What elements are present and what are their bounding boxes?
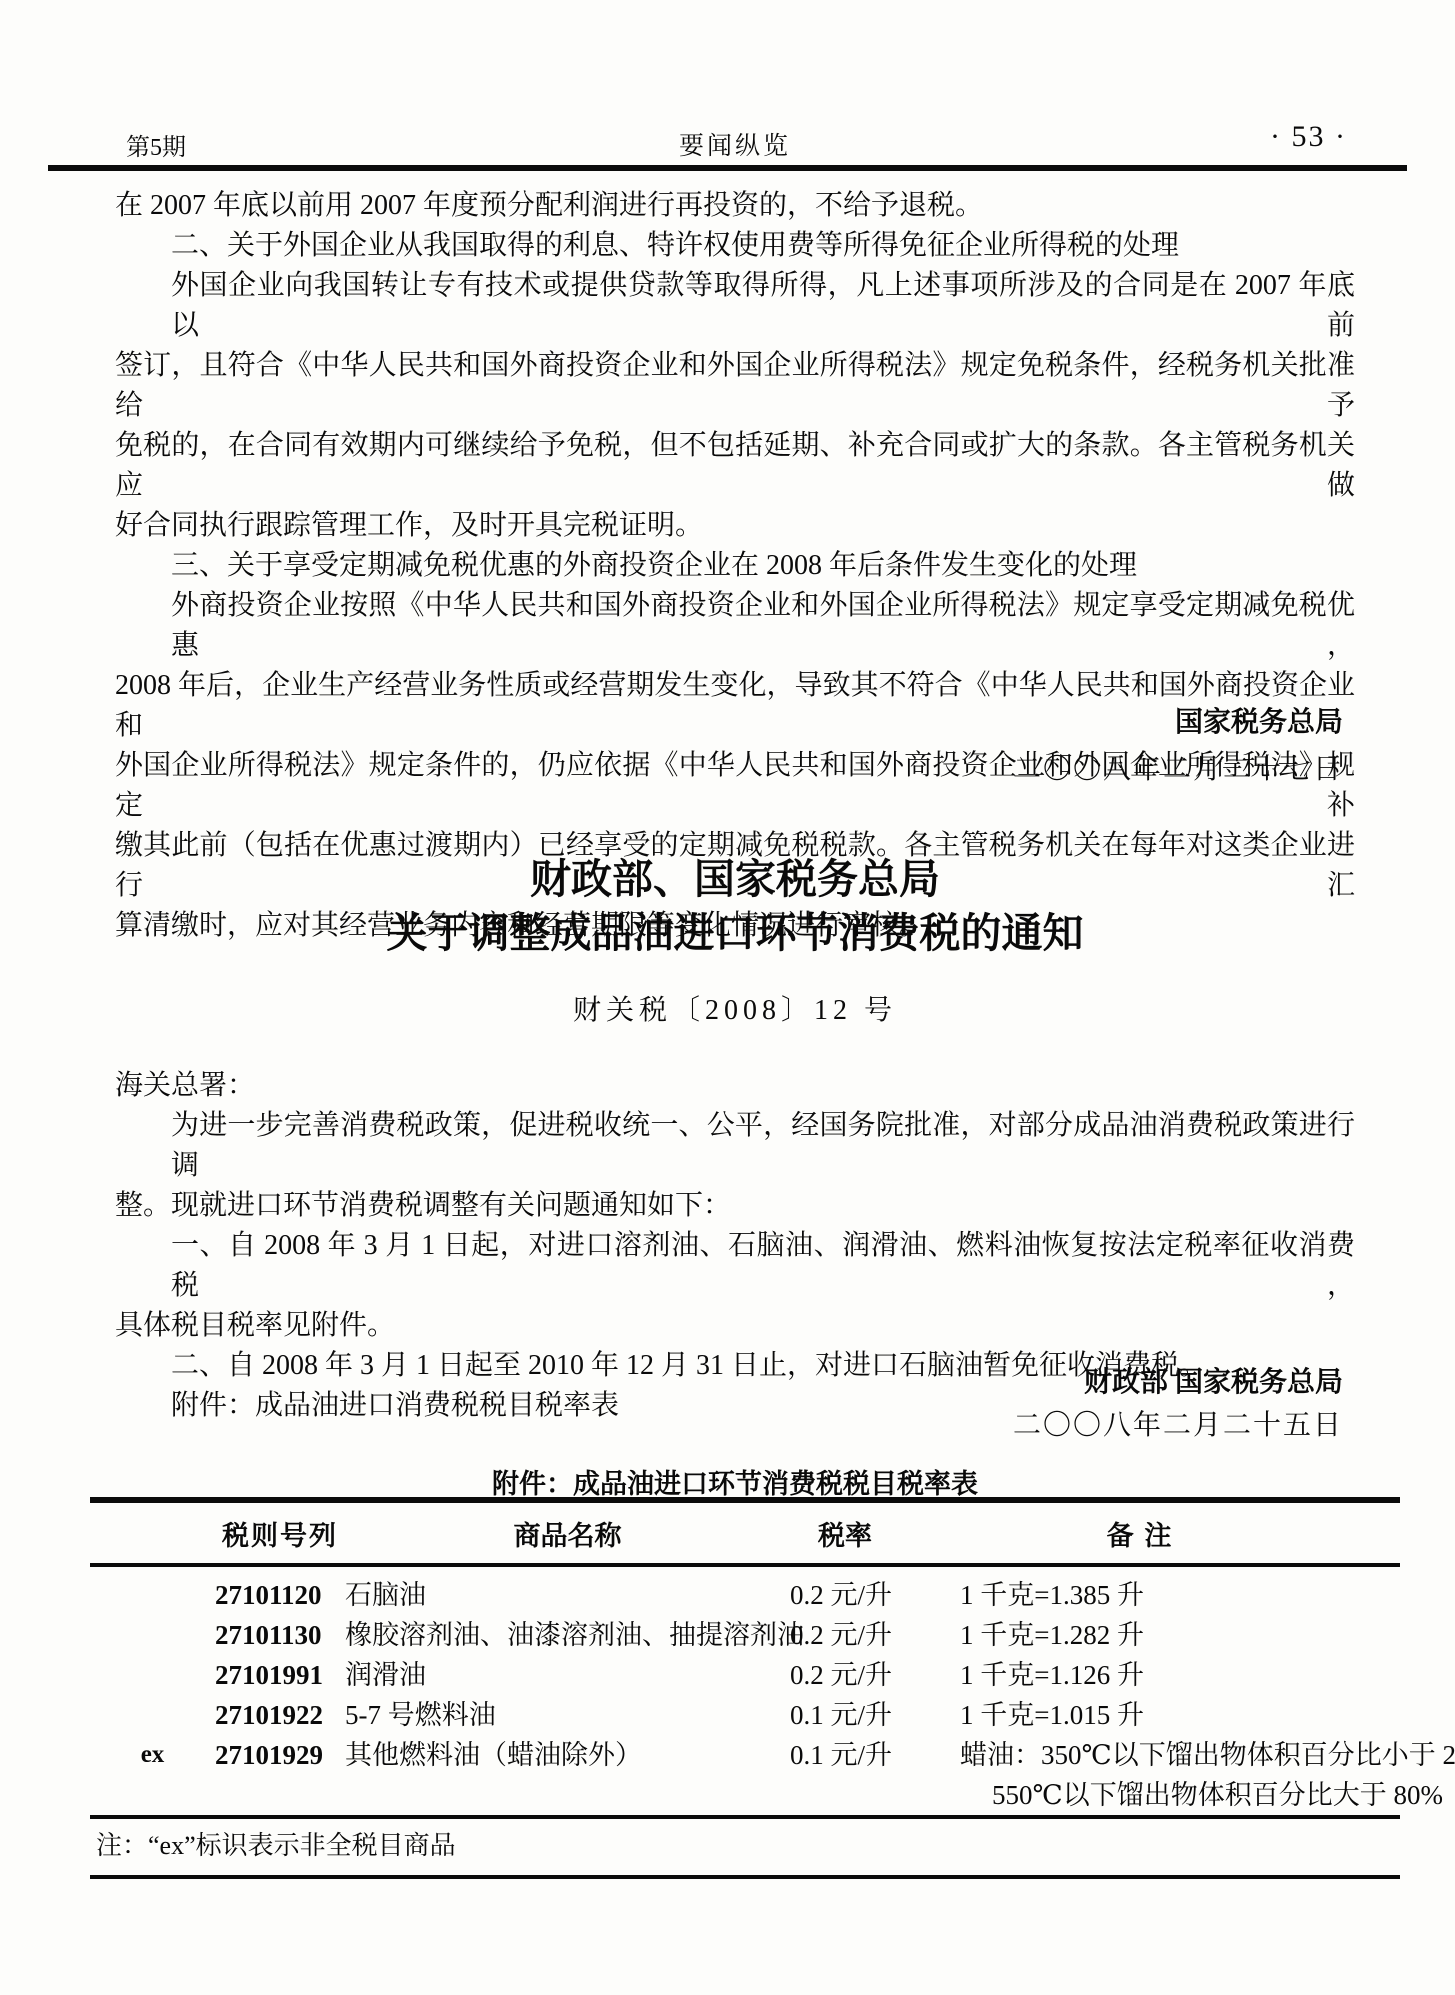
row-rate: 0.2 元/升 <box>790 1575 960 1615</box>
doc2-title-line1: 财政部、国家税务总局 <box>115 852 1355 906</box>
doc2-title-line2: 关于调整成品油进口环节消费税的通知 <box>115 906 1355 960</box>
row-name: 润滑油 <box>345 1655 790 1695</box>
table-footnote: 注：“ex”标识表示非全税目商品 <box>90 1819 1400 1879</box>
table-header-row: 税则号列 商品名称 税率 备 注 <box>90 1503 1400 1567</box>
doc1-line: 外商投资企业按照《中华人民共和国外商投资企业和外国企业所得税法》规定享受定期减免… <box>115 586 1355 666</box>
row-note-line2: 550℃以下馏出物体积百分比大于 80% <box>960 1775 1400 1815</box>
doc1-signature: 国家税务总局 <box>1175 700 1343 740</box>
table-body: 27101120 石脑油 0.2 元/升 1 千克=1.385 升 271011… <box>90 1567 1400 1819</box>
doc1-line: 外国企业向我国转让专有技术或提供贷款等取得所得，凡上述事项所涉及的合同是在 20… <box>115 266 1355 346</box>
table-header-note: 备 注 <box>920 1514 1360 1553</box>
table-row: 27101120 石脑油 0.2 元/升 1 千克=1.385 升 <box>90 1575 1400 1615</box>
row-ex-flag: ex <box>90 1735 215 1815</box>
table-row: 27101130 橡胶溶剂油、油漆溶剂油、抽提溶剂油 0.2 元/升 1 千克=… <box>90 1615 1400 1655</box>
table-row: 27101991 润滑油 0.2 元/升 1 千克=1.126 升 <box>90 1655 1400 1695</box>
row-code: 27101130 <box>215 1615 345 1655</box>
row-code: 27101922 <box>215 1695 345 1735</box>
table-row: ex 27101929 其他燃料油（蜡油除外） 0.1 元/升 蜡油：350℃以… <box>90 1735 1400 1815</box>
doc2-line: 一、自 2008 年 3 月 1 日起，对进口溶剂油、石脑油、润滑油、燃料油恢复… <box>115 1226 1355 1306</box>
row-ex-flag <box>90 1575 215 1615</box>
header-rule <box>48 165 1407 171</box>
row-note-line1: 蜡油：350℃以下馏出物体积百分比小于 20%， <box>960 1735 1400 1775</box>
row-code: 27101120 <box>215 1575 345 1615</box>
doc1-line: 好合同执行跟踪管理工作，及时开具完税证明。 <box>115 506 1355 546</box>
doc2-line: 具体税目税率见附件。 <box>115 1306 1355 1346</box>
doc1-body: 在 2007 年底以前用 2007 年度预分配利润进行再投资的，不给予退税。 二… <box>115 186 1355 946</box>
doc2-title: 财政部、国家税务总局 关于调整成品油进口环节消费税的通知 <box>115 852 1355 960</box>
row-code: 27101929 <box>215 1735 345 1815</box>
doc1-line: 2008 年后，企业生产经营业务性质或经营期发生变化，导致其不符合《中华人民共和… <box>115 666 1355 746</box>
row-ex-flag <box>90 1615 215 1655</box>
row-name: 石脑油 <box>345 1575 790 1615</box>
table-row: 27101922 5-7 号燃料油 0.1 元/升 1 千克=1.015 升 <box>90 1695 1400 1735</box>
doc2-signature: 财政部 国家税务总局 <box>1084 1360 1343 1400</box>
doc1-line: 签订，且符合《中华人民共和国外商投资企业和外国企业所得税法》规定免税条件，经税务… <box>115 346 1355 426</box>
doc2-line: 为进一步完善消费税政策，促进税收统一、公平，经国务院批准，对部分成品油消费税政策… <box>115 1106 1355 1186</box>
doc1-line: 三、关于享受定期减免税优惠的外商投资企业在 2008 年后条件发生变化的处理 <box>115 546 1355 586</box>
doc1-line: 免税的，在合同有效期内可继续给予免税，但不包括延期、补充合同或扩大的条款。各主管… <box>115 426 1355 506</box>
section-title: 要闻纵览 <box>115 126 1355 162</box>
page-number: · 53 · <box>1270 120 1347 154</box>
attachment-title: 附件：成品油进口环节消费税税目税率表 <box>115 1462 1355 1501</box>
doc2-date: 二〇〇八年二月二十五日 <box>1013 1403 1343 1443</box>
doc1-date: 二〇〇八年二月二十七日 <box>1013 747 1343 787</box>
row-note: 1 千克=1.015 升 <box>960 1695 1400 1735</box>
row-rate: 0.1 元/升 <box>790 1735 960 1815</box>
row-rate: 0.1 元/升 <box>790 1695 960 1735</box>
row-name: 5-7 号燃料油 <box>345 1695 790 1735</box>
row-code: 27101991 <box>215 1655 345 1695</box>
row-name: 其他燃料油（蜡油除外） <box>345 1735 790 1815</box>
row-note: 1 千克=1.282 升 <box>960 1615 1400 1655</box>
row-note: 1 千克=1.385 升 <box>960 1575 1400 1615</box>
table-header-code: 税则号列 <box>215 1514 345 1553</box>
row-note: 1 千克=1.126 升 <box>960 1655 1400 1695</box>
doc2-number: 财关税〔2008〕12 号 <box>115 988 1355 1028</box>
row-ex-flag <box>90 1695 215 1735</box>
row-rate: 0.2 元/升 <box>790 1615 960 1655</box>
doc1-line: 在 2007 年底以前用 2007 年度预分配利润进行再投资的，不给予退税。 <box>115 186 1355 226</box>
table-header-name: 商品名称 <box>345 1514 790 1553</box>
table-header-rate: 税率 <box>760 1514 930 1553</box>
journal-page: 第5期 要闻纵览 · 53 · 在 2007 年底以前用 2007 年度预分配利… <box>0 0 1455 1995</box>
doc1-line: 二、关于外国企业从我国取得的利息、特许权使用费等所得免征企业所得税的处理 <box>115 226 1355 266</box>
row-rate: 0.2 元/升 <box>790 1655 960 1695</box>
row-name: 橡胶溶剂油、油漆溶剂油、抽提溶剂油 <box>345 1615 790 1655</box>
doc2-line: 整。现就进口环节消费税调整有关问题通知如下： <box>115 1186 1355 1226</box>
row-ex-flag <box>90 1655 215 1695</box>
row-note: 蜡油：350℃以下馏出物体积百分比小于 20%， 550℃以下馏出物体积百分比大… <box>960 1735 1400 1815</box>
tariff-table: 税则号列 商品名称 税率 备 注 27101120 石脑油 0.2 元/升 1 … <box>90 1497 1400 1879</box>
doc2-line: 海关总署： <box>115 1066 1355 1106</box>
